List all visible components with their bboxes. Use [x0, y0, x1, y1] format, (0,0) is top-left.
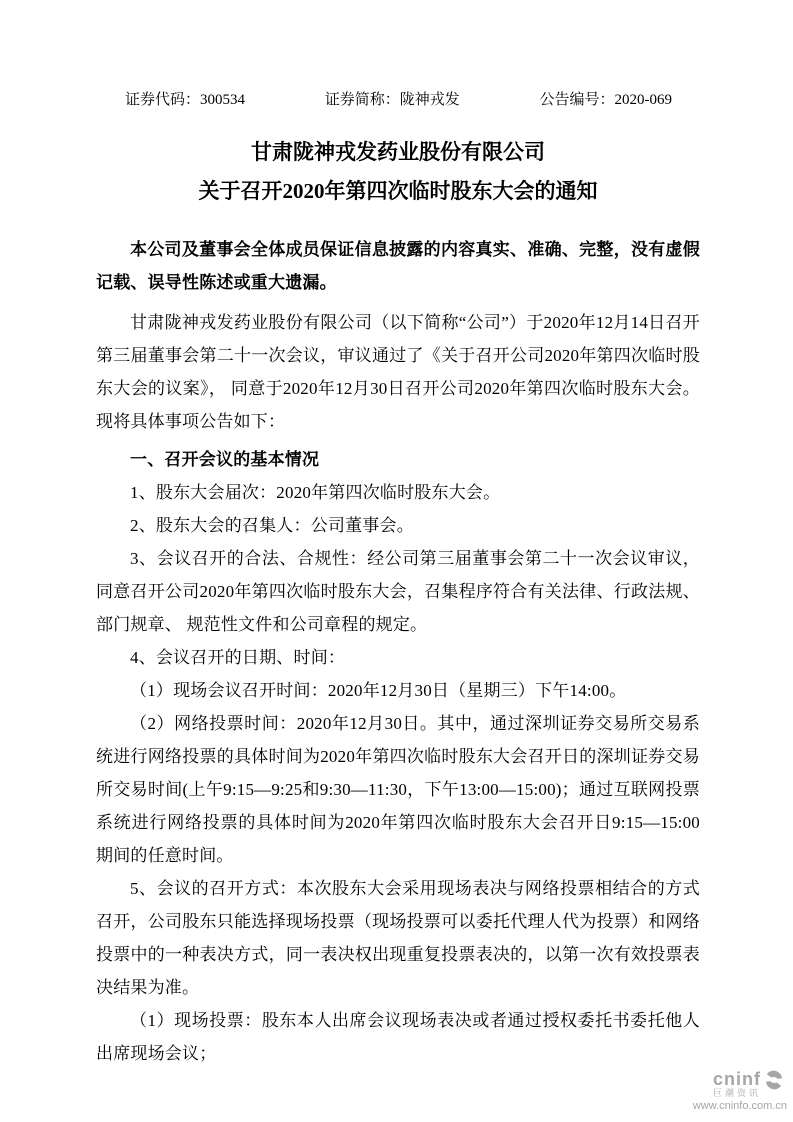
section-heading: 一、召开会议的基本情况 [96, 443, 700, 476]
body-paragraph: （2）网络投票时间：2020年12月30日。其中，通过深圳证券交易所交易系统进行… [96, 707, 700, 872]
cninfo-url: www.cninfo.com.cn [693, 1100, 787, 1112]
body-paragraph: （1）现场投票：股东本人出席会议现场表决或者通过授权委托书委托他人出席现场会议； [96, 1004, 700, 1070]
body-paragraph: （1）现场会议召开时间：2020年12月30日（星期三）下午14:00。 [96, 674, 700, 707]
cninfo-chinese-name: 巨潮资讯 [693, 1089, 761, 1099]
body-paragraph: 1、股东大会届次：2020年第四次临时股东大会。 [96, 476, 700, 509]
body-paragraph: 甘肃陇神戎发药业股份有限公司（以下简称“公司”）于2020年12月14日召开第三… [96, 306, 700, 438]
disclaimer-paragraph: 本公司及董事会全体成员保证信息披露的内容真实、准确、完整，没有虚假记载、误导性陈… [96, 233, 700, 299]
body-paragraph: 4、会议召开的日期、时间： [96, 641, 700, 674]
stock-short-name: 证券简称：陇神戎发 [325, 88, 460, 109]
cninfo-swirl-icon [763, 1069, 785, 1091]
body-paragraph: 3、会议召开的合法、合规性：经公司第三届董事会第二十一次会议审议，同意召开公司2… [96, 542, 700, 641]
body-paragraph: 5、会议的召开方式：本次股东大会采用现场表决与网络投票相结合的方式召开，公司股东… [96, 872, 700, 1004]
document-body: 甘肃陇神戎发药业股份有限公司（以下简称“公司”）于2020年12月14日召开第三… [96, 306, 700, 1070]
cninfo-brand-text: cninf [713, 1070, 761, 1090]
announcement-number: 公告编号：2020-069 [540, 88, 673, 109]
stock-code: 证券代码：300534 [125, 88, 245, 109]
document-header-row: 证券代码：300534 证券简称：陇神戎发 公告编号：2020-069 [96, 88, 700, 109]
cninfo-watermark: cninf 巨潮资讯 www.cninfo.com.cn [693, 1069, 787, 1112]
body-paragraph: 2、股东大会的召集人：公司董事会。 [96, 509, 700, 542]
announcement-page: 证券代码：300534 证券简称：陇神戎发 公告编号：2020-069 甘肃陇神… [0, 0, 793, 1070]
notice-title: 关于召开2020年第四次临时股东大会的通知 [96, 172, 700, 211]
document-title-block: 甘肃陇神戎发药业股份有限公司 关于召开2020年第四次临时股东大会的通知 [96, 133, 700, 211]
company-name-title: 甘肃陇神戎发药业股份有限公司 [96, 133, 700, 172]
